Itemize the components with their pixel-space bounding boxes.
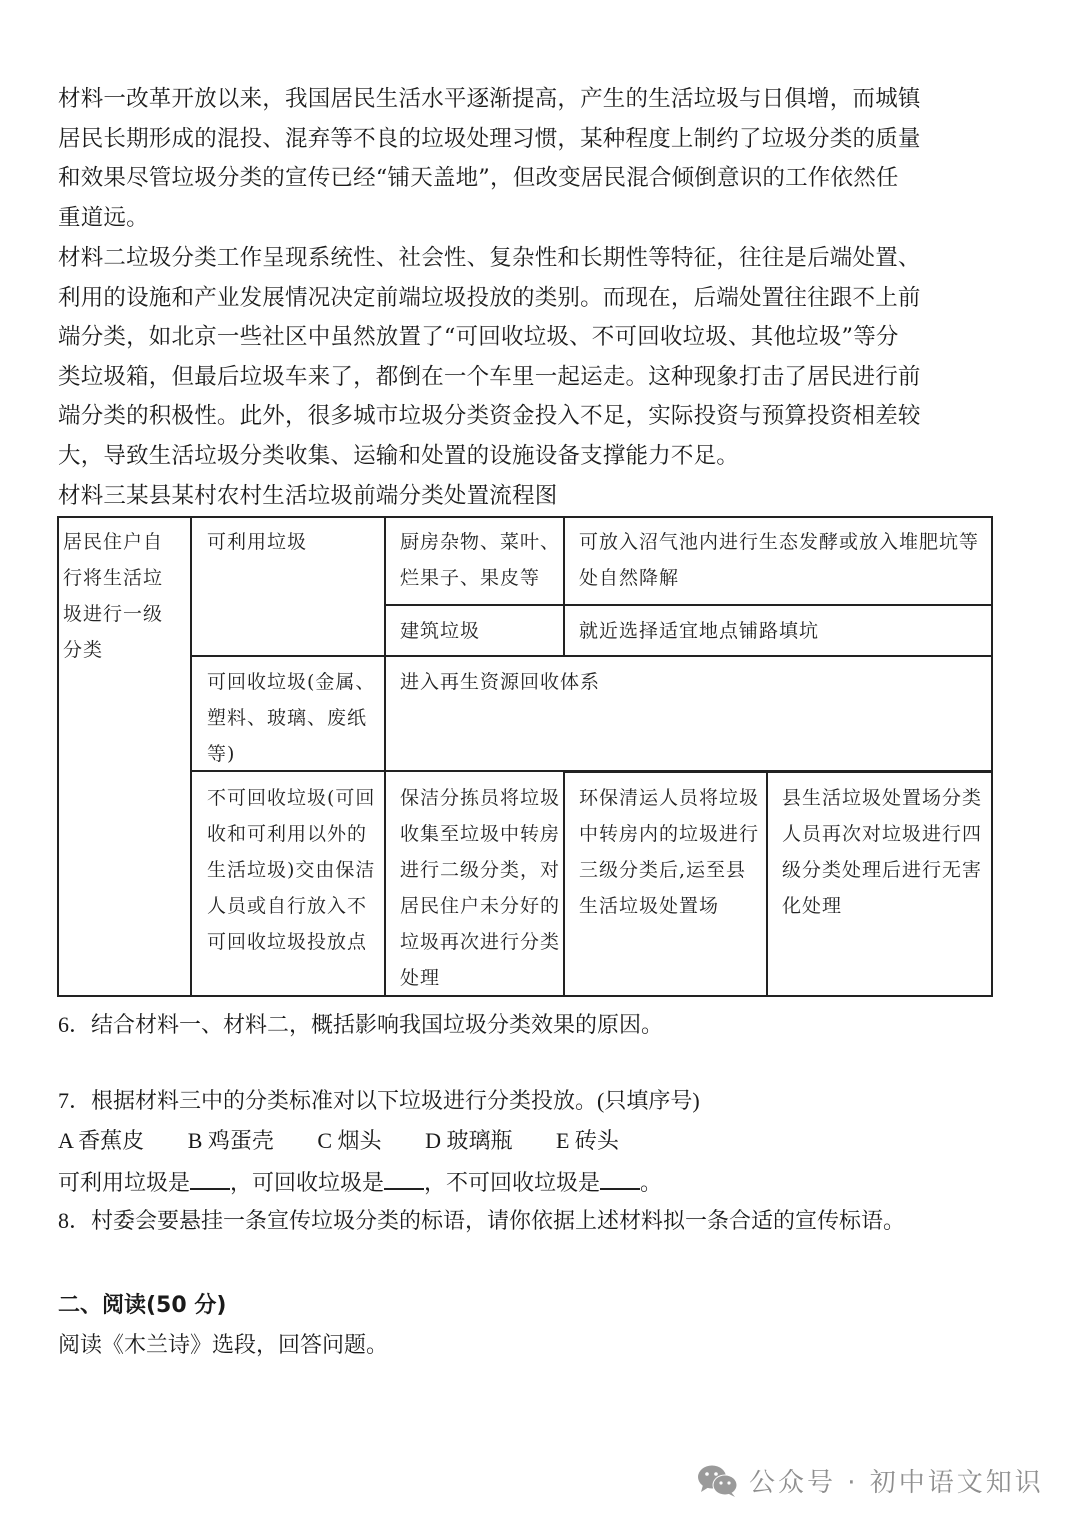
divider xyxy=(190,518,192,995)
watermark-text: 公众号 · 初中语文知识 xyxy=(749,1462,1044,1499)
flowchart-table: 居民住户自行将生活垃圾进行一级分类 可利用垃圾 厨房杂物、菜叶、烂果子、果皮等 … xyxy=(57,516,993,997)
option-d: D 玻璃瓶 xyxy=(425,1126,512,1156)
cell-kitchen-action: 可放入沼气池内进行生态发酵或放入堆肥坑等处自然降解 xyxy=(579,518,989,596)
material-two-paragraph: 材料二垃圾分类工作呈现系统性、社会性、复杂性和长期性等特征，往往是后端处置、 利… xyxy=(58,239,1028,516)
cell-recyclable-action: 进入再生资源回收体系 xyxy=(400,658,980,700)
cell-kitchen: 厨房杂物、菜叶、烂果子、果皮等 xyxy=(400,518,562,596)
divider xyxy=(190,655,991,657)
text-line: 大，导致生活垃圾分类收集、运输和处置的设施设备支撑能力不足。 xyxy=(58,437,1028,477)
divider xyxy=(563,518,565,655)
divider xyxy=(563,770,565,995)
question-6: 6．结合材料一、材料二，概括影响我国垃圾分类效果的原因。 xyxy=(58,1010,663,1040)
cell-root: 居民住户自行将生活垃圾进行一级分类 xyxy=(63,518,181,668)
answer-blank-usable[interactable] xyxy=(190,1166,230,1190)
cell-usable-label: 可利用垃圾 xyxy=(207,518,377,560)
text-line: 利用的设施和产业发展情况决定前端垃圾投放的类别。而现在，后端处置往往跟不上前 xyxy=(58,279,1028,319)
cell-step2: 保洁分拣员将垃圾收集至垃圾中转房进行二级分类，对居民住户未分好的垃圾再次进行分类… xyxy=(400,774,562,996)
divider xyxy=(766,770,768,995)
text-line: 端分类，如北京一些社区中虽然放置了“可回收垃圾、不可回收垃圾、其他垃圾”等分 xyxy=(58,318,1028,358)
text-line: 类垃圾箱，但最后垃圾车来了，都倒在一个车里一起运走。这种现象打击了居民进行前 xyxy=(58,358,1028,398)
question-7: 7．根据材料三中的分类标准对以下垃圾进行分类投放。(只填序号) xyxy=(58,1086,700,1116)
cell-step3: 环保清运人员将垃圾中转房内的垃圾进行三级分类后,运至县生活垃圾处置场 xyxy=(579,774,765,924)
option-e: E 砖头 xyxy=(556,1126,619,1156)
text-line: 重道远。 xyxy=(58,199,1028,239)
question-7-fill: 可利用垃圾是，可回收垃圾是，不可回收垃圾是。 xyxy=(58,1166,662,1198)
answer-blank-nonrecyclable[interactable] xyxy=(600,1166,640,1190)
option-b: B 鸡蛋壳 xyxy=(188,1126,274,1156)
text-line: 端分类的积极性。此外，很多城市垃圾分类资金投入不足，实际投资与预算投资相差较 xyxy=(58,397,1028,437)
text-line: 居民长期形成的混投、混弃等不良的垃圾处理习惯，某种程度上制约了垃圾分类的质量 xyxy=(58,120,1028,160)
material-three-title: 材料三某县某村农村生活垃圾前端分类处置流程图 xyxy=(58,477,1028,517)
cell-construction: 建筑垃圾 xyxy=(400,607,562,649)
divider xyxy=(563,770,991,773)
fill-usable-label: 可利用垃圾是 xyxy=(58,1170,190,1195)
option-c: C 烟头 xyxy=(317,1126,381,1156)
cell-recyclable-label: 可回收垃圾(金属、塑料、玻璃、废纸等) xyxy=(207,658,383,772)
text-line: 材料一改革开放以来，我国居民生活水平逐渐提高，产生的生活垃圾与日俱增，而城镇 xyxy=(58,80,1028,120)
fill-end: 。 xyxy=(640,1170,662,1195)
section-two-intro: 阅读《木兰诗》选段，回答问题。 xyxy=(58,1328,388,1359)
answer-blank-recyclable[interactable] xyxy=(384,1166,424,1190)
cell-step4: 县生活垃圾处置场分类人员再次对垃圾进行四级分类处理后进行无害化处理 xyxy=(782,774,982,924)
divider xyxy=(384,604,991,606)
watermark: 公众号 · 初中语文知识 xyxy=(697,1462,1044,1499)
cell-nonrecyclable-label: 不可回收垃圾(可回收和可利用以外的生活垃圾)交由保洁人员或自行放入不可回收垃圾投… xyxy=(207,774,383,960)
cell-construction-action: 就近选择适宜地点铺路填坑 xyxy=(579,607,989,649)
fill-nonrecyclable-label: ，不可回收垃圾是 xyxy=(424,1170,600,1195)
divider xyxy=(384,518,386,995)
text-line: 和效果尽管垃圾分类的宣传已经“铺天盖地”，但改变居民混合倾倒意识的工作依然任 xyxy=(58,159,1028,199)
question-8: 8．村委会要悬挂一条宣传垃圾分类的标语，请你依据上述材料拟一条合适的宣传标语。 xyxy=(58,1206,905,1236)
material-one-paragraph: 材料一改革开放以来，我国居民生活水平逐渐提高，产生的生活垃圾与日俱增，而城镇 居… xyxy=(58,80,1028,238)
fill-recyclable-label: ，可回收垃圾是 xyxy=(230,1170,384,1195)
option-a: A 香蕉皮 xyxy=(58,1126,144,1156)
text-line: 材料二垃圾分类工作呈现系统性、社会性、复杂性和长期性等特征，往往是后端处置、 xyxy=(58,239,1028,279)
wechat-icon xyxy=(697,1464,739,1498)
section-two-title: 二、阅读(50 分) xyxy=(58,1288,226,1319)
question-7-options: A 香蕉皮 B 鸡蛋壳 C 烟头 D 玻璃瓶 E 砖头 xyxy=(58,1126,657,1156)
